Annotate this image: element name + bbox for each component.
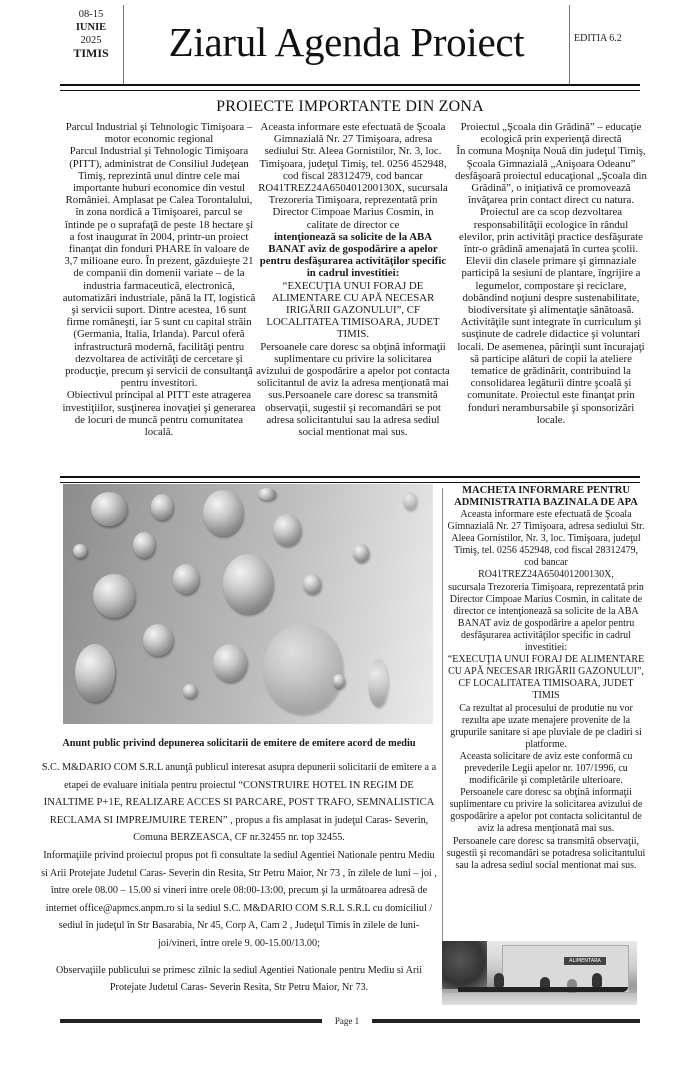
issue-date-range: 08-15 <box>60 8 122 21</box>
macheta-contact: Persoanele care doresc sa obţină informa… <box>446 787 646 835</box>
article-anunt: Anunt public privind depunerea solicitar… <box>40 738 438 997</box>
anunt-cf: , CF nr.32455 nr. top 32455. <box>230 832 345 843</box>
article-pitt-body: Parcul Industrial şi Tehnologic Timişoar… <box>62 145 256 389</box>
issue-region: TIMIS <box>60 47 122 60</box>
water-drop <box>273 514 301 546</box>
anunt-commune: BERZEASCA <box>170 832 229 843</box>
newspaper-title: Ziarul Agenda Proiect <box>124 18 569 66</box>
tree-shape <box>442 941 487 989</box>
informare-contact: Persoanele care doresc sa obţină informa… <box>256 341 450 439</box>
page-number: Page 1 <box>322 1015 372 1027</box>
footer-rule-right <box>372 1019 640 1023</box>
article-pitt-closing: Obiectivul principal al PITT este atrage… <box>62 389 256 438</box>
building-shape <box>502 945 629 993</box>
water-drop <box>263 624 343 714</box>
water-drops-image <box>63 484 433 724</box>
water-drop <box>353 544 369 562</box>
informare-request: intenţionează sa solicite de la ABA BANA… <box>256 231 450 280</box>
macheta-project-name: “EXECUŢIA UNUI FORAJ DE ALIMENTARE CU AP… <box>446 654 646 702</box>
water-drop <box>258 488 276 500</box>
macheta-conformity: Aceasta solicitare de aviz este conformă… <box>446 751 646 787</box>
water-drop <box>183 684 197 698</box>
top-section-rule <box>60 476 640 483</box>
scoala-gradina-body: În comuna Moşniţa Nouă din judeţul Timiş… <box>455 145 647 426</box>
water-shape <box>442 993 637 1005</box>
masthead-divider-right <box>569 5 570 84</box>
macheta-intro: Aceasta informare este efectuată de Şcoa… <box>446 509 646 569</box>
macheta-aba: BANAT <box>458 618 491 629</box>
informare-intro: Aceasta informare este efectuată de Şcoa… <box>256 121 450 231</box>
water-drop <box>173 564 199 594</box>
water-drop <box>403 492 417 510</box>
water-drop <box>303 574 321 594</box>
person-shape <box>592 973 602 987</box>
article-scoala-gradina: Proiectul „Şcoala din Grădină” – educaţi… <box>455 121 647 426</box>
scoala-gradina-heading: Proiectul „Şcoala din Grădină” – educaţi… <box>455 121 647 145</box>
water-drop <box>143 624 173 656</box>
footer-rule-left <box>60 1019 322 1023</box>
water-drop <box>73 544 87 558</box>
issue-month: IUNIE <box>60 21 122 34</box>
macheta-result: Ca rezultat al procesului de produtie nu… <box>446 703 646 751</box>
article-pitt-heading: Parcul Industrial şi Tehnologic Timişoar… <box>62 121 256 145</box>
water-drop <box>223 554 273 614</box>
article-macheta: MACHETA INFORMARE PENTRU ADMINISTRATIA B… <box>446 485 646 872</box>
water-drop <box>333 674 345 688</box>
macheta-intro2: sucursala Trezoreria Timişoara, reprezen… <box>446 582 646 618</box>
water-drop <box>91 492 127 526</box>
shop-sign: ALIMENTARA <box>564 957 606 965</box>
macheta-observations: Persoanele care doresc sa transmită obse… <box>446 836 646 872</box>
macheta-border <box>442 488 443 988</box>
water-drop <box>133 532 155 558</box>
masthead: 08-15 IUNIE 2025 TIMIS Ziarul Agenda Pro… <box>60 0 640 84</box>
anunt-heading: Anunt public privind depunerea solicitar… <box>40 738 438 750</box>
person-shape <box>494 973 504 987</box>
water-drop <box>368 659 388 707</box>
edition-label: EDITIA 6.2 <box>574 33 622 44</box>
water-drop <box>75 644 115 702</box>
article-pitt: Parcul Industrial şi Tehnologic Timişoar… <box>62 121 256 438</box>
water-drop <box>213 644 247 682</box>
masthead-rule <box>60 84 640 91</box>
macheta-heading: MACHETA INFORMARE PENTRU ADMINISTRATIA B… <box>446 485 646 509</box>
anunt-p3: Observaţiile publicului se primesc zilni… <box>40 962 438 997</box>
water-drop <box>151 494 173 520</box>
anunt-p2: Informaţiile privind proiectul propus po… <box>40 847 438 953</box>
boat-shape <box>458 987 628 992</box>
article-informare: Aceasta informare este efectuată de Şcoa… <box>256 121 450 438</box>
water-drop <box>203 490 243 536</box>
water-drop <box>93 574 135 618</box>
flood-boat-image: ALIMENTARA <box>442 941 637 1005</box>
section-title: PROIECTE IMPORTANTE DIN ZONA <box>60 97 640 117</box>
issue-date-block: 08-15 IUNIE 2025 TIMIS <box>60 8 122 84</box>
informare-project-name: “EXECUŢIA UNUI FORAJ DE ALIMENTARE CU AP… <box>256 280 450 341</box>
macheta-bank-code: RO41TREZ24A650401200130X, <box>446 569 646 581</box>
